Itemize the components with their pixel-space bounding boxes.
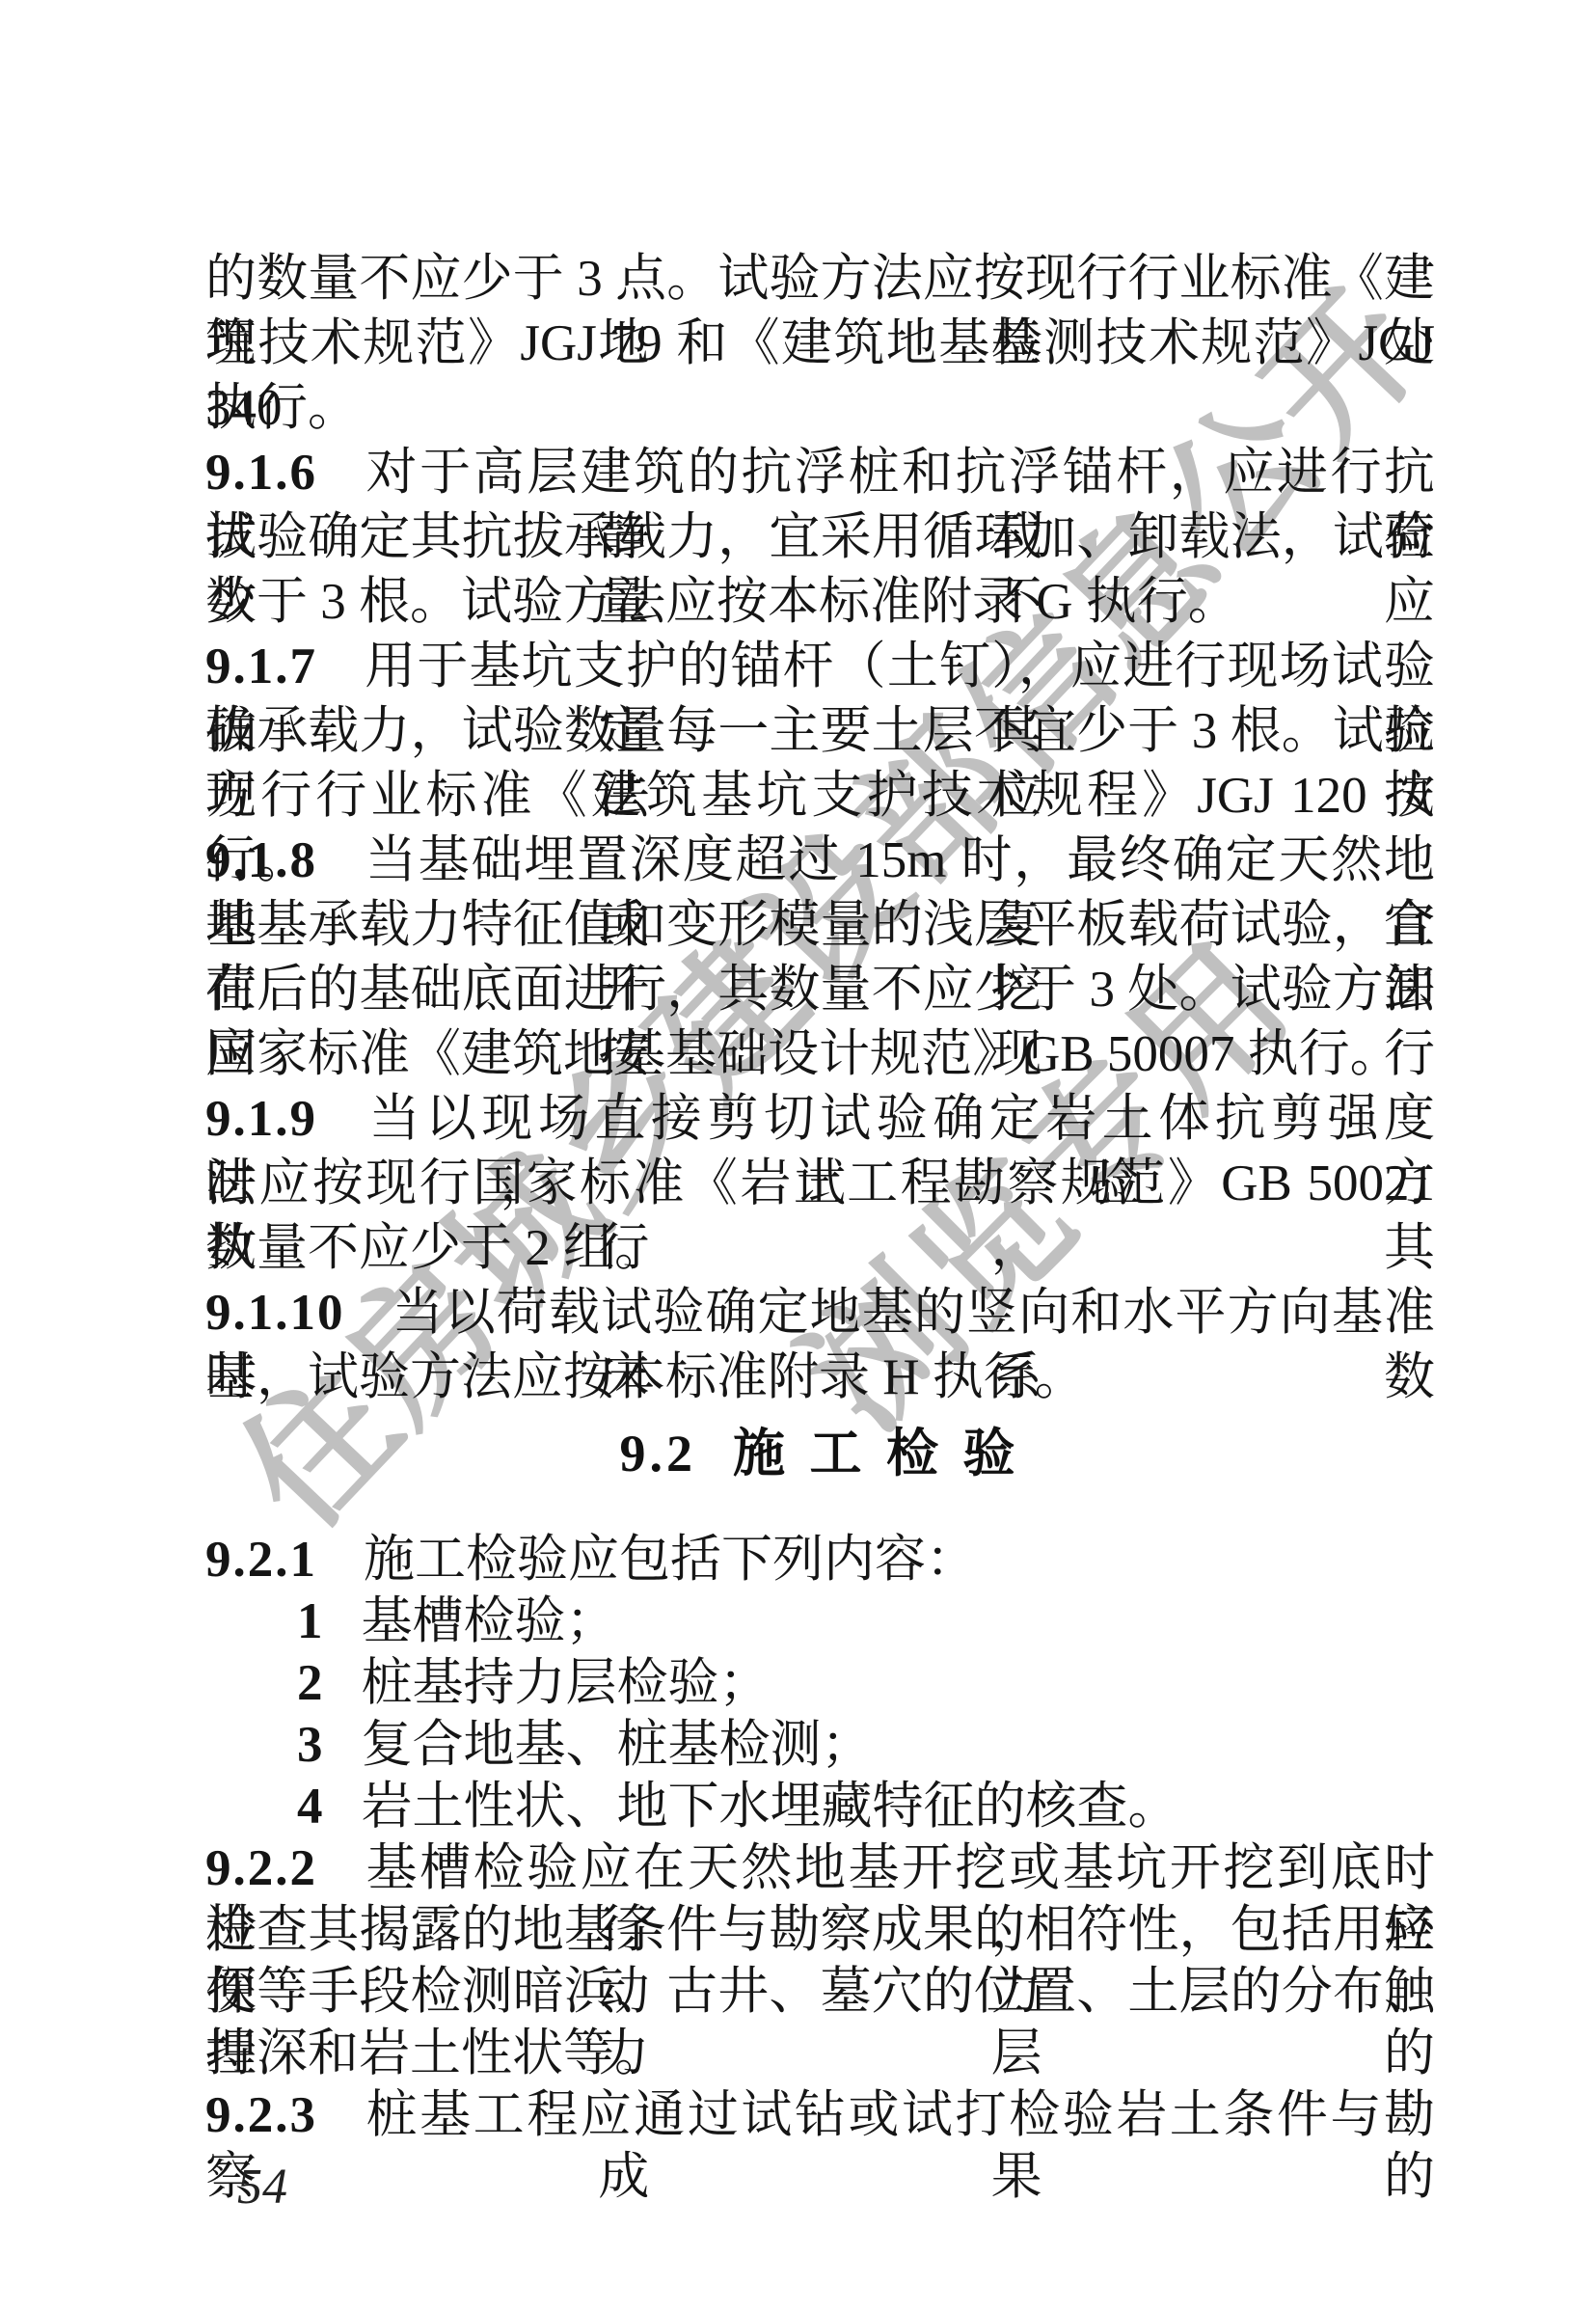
list-item-number: 4 (297, 1779, 323, 1835)
line-text: 少于 3 根。试验方法应按本标准附录 G 执行。 (205, 574, 1239, 630)
list-item-number: 2 (297, 1655, 323, 1711)
clause-number: 9.2.1 (205, 1532, 317, 1588)
line-text: 国家标准《建筑地基基础设计规范》GB 50007 执行。 (205, 1026, 1401, 1082)
text-line: 探等手段检测暗浜、古井、墓穴的位置、土层的分布、持力层的 (205, 1961, 1435, 2023)
clause-number: 9.1.7 (205, 639, 317, 694)
text-line: 的数量不应少于 3 点。试验方法应按现行行业标准《建筑地基处 (205, 247, 1435, 312)
section-title: 施 工 检 验 (733, 1425, 1021, 1482)
text-line: 国家标准《建筑地基基础设计规范》GB 50007 执行。 (205, 1022, 1435, 1087)
text-line: 执行。 (205, 376, 1435, 441)
clause-number: 9.1.8 (205, 832, 317, 888)
list-item-line: 4岩土性状、地下水埋藏特征的核查。 (205, 1776, 1435, 1837)
list-item-line: 2桩基持力层检验； (205, 1652, 1435, 1714)
section-number: 9.2 (620, 1425, 697, 1482)
line-text: 基槽检验； (362, 1593, 617, 1649)
text-line: 试验确定其抗拔承载力，宜采用循环加、卸载法，试验数量不应 (205, 505, 1435, 570)
clause-line: 9.1.7用于基坑支护的锚杆（土钉），应进行现场试验确定其抗 (205, 635, 1435, 699)
clause-line: 9.2.3桩基工程应通过试钻或试打检验岩土条件与勘察成果的 (205, 2084, 1435, 2146)
line-text: 桩基工程应通过试钻或试打检验岩土条件与勘察成果的 (205, 2087, 1435, 2205)
section-heading: 9.2施 工 检 验 (205, 1422, 1435, 1486)
clause-line: 9.1.8当基础埋置深度超过 15m 时，最终确定天然地基或复合 (205, 829, 1435, 893)
list-item-line: 3复合地基、桩基检测； (205, 1714, 1435, 1776)
text-line: 地基承载力特征值和变形模量的浅层平板载荷试验，宜在开挖卸 (205, 893, 1435, 958)
clause-number: 9.1.6 (205, 445, 317, 501)
text-line: 检查其揭露的地基条件与勘察成果的相符性，包括用轻便动力触 (205, 1899, 1435, 1961)
clause-line: 9.2.2基槽检验应在天然地基开挖或基坑开挖到底时进行，应 (205, 1837, 1435, 1899)
line-text: 桩基持力层检验； (362, 1655, 771, 1711)
list-item-number: 3 (297, 1717, 323, 1773)
line-text: 埋深和岩土性状等。 (205, 2026, 665, 2081)
clause-line: 9.2.1施工检验应包括下列内容： (205, 1529, 1435, 1591)
line-text: 施工检验应包括下列内容： (364, 1532, 977, 1588)
clause-number: 9.1.9 (205, 1091, 317, 1147)
line-text: 执行。 (205, 380, 359, 436)
line-text: 复合地基、桩基检测； (362, 1717, 873, 1773)
text-line: 荷后的基础底面进行，其数量不应少于 3 处。试验方法应按现行 (205, 958, 1435, 1022)
text-line: 拔承载力，试验数量每一主要土层不宜少于 3 根。试验方法应按 (205, 699, 1435, 764)
line-text: 时，试验方法应按本标准附录 H 执行。 (205, 1349, 1086, 1405)
text-block: 的数量不应少于 3 点。试验方法应按现行行业标准《建筑地基处理技术规范》JGJ … (205, 247, 1435, 2146)
clause-line: 9.1.9当以现场直接剪切试验确定岩土体抗剪强度时，试验方 (205, 1087, 1435, 1152)
clause-number: 9.1.10 (205, 1285, 345, 1341)
text-line: 理技术规范》JGJ 79 和《建筑地基检测技术规范》JGJ 340 (205, 312, 1435, 376)
line-text: 数量不应少于 2 组。 (205, 1220, 665, 1276)
text-line: 现行行业标准《建筑基坑支护技术规程》JGJ 120 执行。 (205, 764, 1435, 829)
clause-line: 9.1.10当以荷载试验确定地基的竖向和水平方向基准基床系数 (205, 1281, 1435, 1346)
list-item-line: 1基槽检验； (205, 1591, 1435, 1652)
clause-line: 9.1.6对于高层建筑的抗浮桩和抗浮锚杆，应进行抗拔静载荷 (205, 441, 1435, 505)
document-page: 住房城乡建设部信息公开 浏览专用 的数量不应少于 3 点。试验方法应按现行行业标… (0, 0, 1596, 2311)
text-line: 法应按现行国家标准《岩土工程勘察规范》GB 50021 执行，其 (205, 1152, 1435, 1216)
clause-number: 9.2.3 (205, 2087, 317, 2143)
list-item-number: 1 (297, 1593, 323, 1649)
page-number: 54 (237, 2161, 287, 2215)
clause-number: 9.2.2 (205, 1840, 317, 1896)
line-text: 岩土性状、地下水埋藏特征的核查。 (362, 1779, 1179, 1835)
